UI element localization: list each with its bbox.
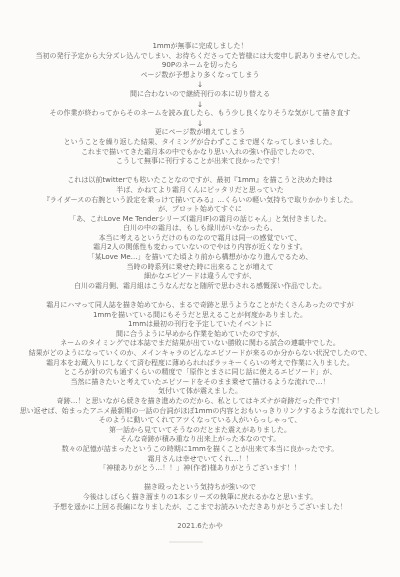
faint-stamp-mark <box>169 541 203 543</box>
afterword-line: 霜月さんは幸せでいてくれ…！！ <box>0 455 400 465</box>
afterword-line: 奇跡…！と思いながら続きを描き進めたのだから、私としてはキズナが奇跡だった件です… <box>0 397 400 407</box>
afterword-line: 第一話から見ていてそうなのだとまた震えがありました。 <box>0 426 400 436</box>
afterword-line: 気付いて体が震えました。 <box>0 387 400 397</box>
afterword-page: 1mmが無事に完成しました！ 当初の発行予定から大分ズレ込んでしまい、お待ちくだ… <box>0 0 400 577</box>
afterword-line: 半ば、かねてより霜月くんにピッタリだと思っていた <box>0 186 400 196</box>
afterword-line: 「神様ありがとう…！！」神(作者)様ありがとうございます！！ <box>0 464 400 474</box>
signature-date: 2021.6たかや <box>0 522 400 532</box>
afterword-line: ところが針の穴も通すくらいの精度で「原作とまさに同じ話に使えるエピソード」が、 <box>0 368 400 378</box>
afterword-line: 1mmが無事に完成しました！ <box>0 42 400 52</box>
afterword-line: 「あ、これLove Me Tenderシリーズ(霜月IF)の霜月の話じゃん」と気… <box>0 215 400 225</box>
afterword-line: が、プロット始めてすぐに <box>0 205 400 215</box>
afterword-line: 「某Love Me…」を描いてた頃より前から構想がかなり進んでるため、 <box>0 253 400 263</box>
afterword-line: これは以前twitterでも呟いたことなのですが、最初『1mm』を描こうと決めた… <box>0 176 400 186</box>
afterword-line: 今後はしばらく描き溜まりの1本シリーズの執筆に戻れるかなと思います。 <box>0 493 400 503</box>
afterword-line: 霜月本をお蔵入りにしなくて済む程度に薄められればラッキーくらいの考えで作業に入り… <box>0 359 400 369</box>
afterword-line: 間に合わないので継続刊行の本に切り替える <box>0 90 400 100</box>
afterword-line: これまで描いてきた霜月本の中でもかなり思い入れの強い作品でしたので、 <box>0 148 400 158</box>
down-arrow-icon: ↓ <box>0 80 400 90</box>
blank-line <box>0 291 400 301</box>
afterword-line: 細かなエピソードは違うんですが、 <box>0 272 400 282</box>
afterword-line: 白川の霜月側、霜月組はこうなんだなと随所で思わされる感慨深い作品でした。 <box>0 282 400 292</box>
afterword-line: 霜月2人の関係性も変わっていないのでやはり内容が近くなります。 <box>0 243 400 253</box>
afterword-line: 白川の中の霜月は、もしも緑川がいなかったら、 <box>0 224 400 234</box>
afterword-line: ページ数が予想より多くなってしまう <box>0 71 400 81</box>
afterword-line: 予想を遥かに上回る長編になりましたが、ここまでお読みいただきありがとうございまし… <box>0 503 400 513</box>
down-arrow-icon: ↓ <box>0 100 400 110</box>
blank-line <box>0 474 400 484</box>
afterword-line: 更にページ数が増えてしまう <box>0 128 400 138</box>
afterword-line: 1mmは最初の刊行を予定していたイベントに <box>0 320 400 330</box>
afterword-line: そのように動いてくれてアツくなっている人がいらっしゃって、 <box>0 416 400 426</box>
afterword-line: 当然に描きたいと考えていたエピソードをそのまま乗せて描けるような流れで…！ <box>0 378 400 388</box>
afterword-line: そんな奇跡が積み重なり出来上がった本なのです。 <box>0 435 400 445</box>
afterword-line: 間に合うように早めから作業を始めていたのですが、 <box>0 330 400 340</box>
afterword-line: 結果がどのようになっていくのか、メインキャラのどんなエピソードが来るのか分からな… <box>0 349 400 359</box>
afterword-line: 90Pのネームを切ったら <box>0 61 400 71</box>
afterword-line: 描き殴ったという気持ちが強いので <box>0 483 400 493</box>
blank-line <box>0 512 400 522</box>
afterword-line: 『ライダースの右腕という設定を乗っけて描いてみる』…くらいの軽い気持ちで取りかか… <box>0 196 400 206</box>
down-arrow-icon: ↓ <box>0 119 400 129</box>
afterword-line: その作業が終わってからそのネームを読み直したら、もう少し良くなりそうな気がして描… <box>0 109 400 119</box>
afterword-line: 数々の記憶が詰まったというこの時期に1mmを描くことが出来て本当に良かったです。 <box>0 445 400 455</box>
afterword-line: 1mmを描いている間にもそうだと思えることが何度かありました。 <box>0 311 400 321</box>
blank-line <box>0 167 400 177</box>
afterword-line: ということを繰り返した結果、タイミングが合わずここまで遅くなってしまいました。 <box>0 138 400 148</box>
afterword-line: 霜月にハマって同人誌を描き始めてから、まるで奇跡と思うようなことがたくさんあった… <box>0 301 400 311</box>
afterword-line: 思い返せば、始まったアニメ最新期の一話の台詞がほぼ1mmの内容とおもいっきりリン… <box>0 407 400 417</box>
afterword-line: 当時の時系列に乗せた時に出来ることが増えて <box>0 263 400 273</box>
afterword-line: こうして無事に刊行することが出来て良かったです！ <box>0 157 400 167</box>
afterword-line: ネームのタイミングでは本誌でまだ結果が出ていない勝敗に関わる試合の連載中でした。 <box>0 339 400 349</box>
afterword-line: 当初の発行予定から大分ズレ込んでしまい、お待ちくださってた皆様には大変申し訳あり… <box>0 52 400 62</box>
